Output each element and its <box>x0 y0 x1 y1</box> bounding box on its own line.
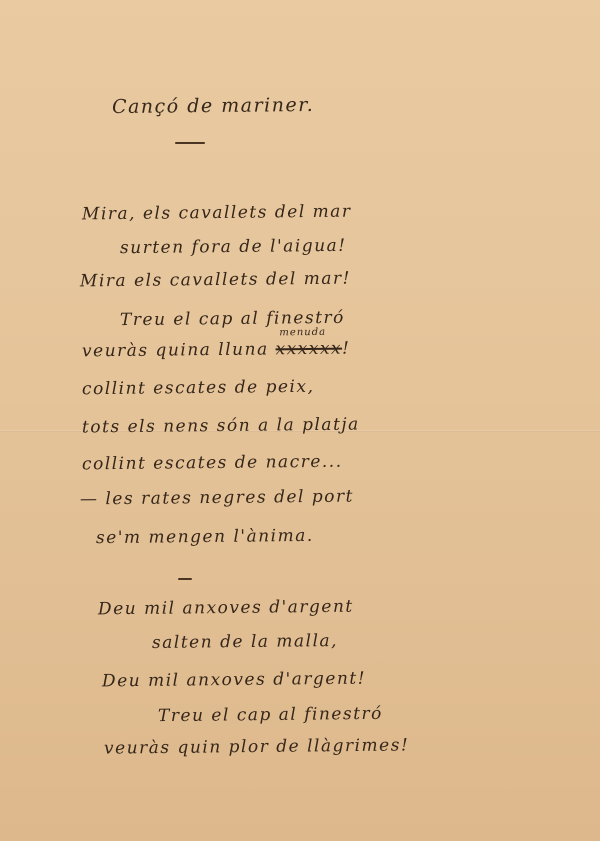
verse-line: Mira, els cavallets del mar <box>82 202 352 225</box>
manuscript-page: Cançó de mariner. Mira, els cavallets de… <box>0 0 600 841</box>
verse-text: veuràs quina lluna <box>82 339 276 361</box>
verse-line: surten fora de l'aigua! <box>120 236 347 258</box>
verse-line: veuràs quin plor de llàgrimes! <box>104 735 409 758</box>
verse-line: Deu mil anxoves d'argent! <box>102 669 366 692</box>
verse-line: collint escates de peix, <box>82 377 315 399</box>
verse-line-with-correction: veuràs quina lluna xxxxxxmenuda! <box>82 339 351 362</box>
stanza-divider-dash <box>178 578 192 580</box>
verse-line: Deu mil anxoves d'argent <box>98 597 354 620</box>
verse-line: Treu el cap al finestró <box>158 704 383 726</box>
verse-line: collint escates de nacre... <box>82 452 343 475</box>
inserted-correction: menuda <box>279 327 326 338</box>
verse-line: tots els nens són a la platja <box>82 415 360 438</box>
verse-text: ! <box>342 339 351 359</box>
verse-line: — les rates negres del port <box>80 487 354 510</box>
struck-word: xxxxxxmenuda <box>275 339 342 360</box>
verse-line: se'm mengen l'ànima. <box>96 526 314 548</box>
verse-line: salten de la malla, <box>152 631 338 653</box>
poem-title: Cançó de mariner. <box>112 94 314 118</box>
verse-line: Mira els cavallets del mar! <box>80 269 351 292</box>
title-underline-dash <box>175 142 205 144</box>
